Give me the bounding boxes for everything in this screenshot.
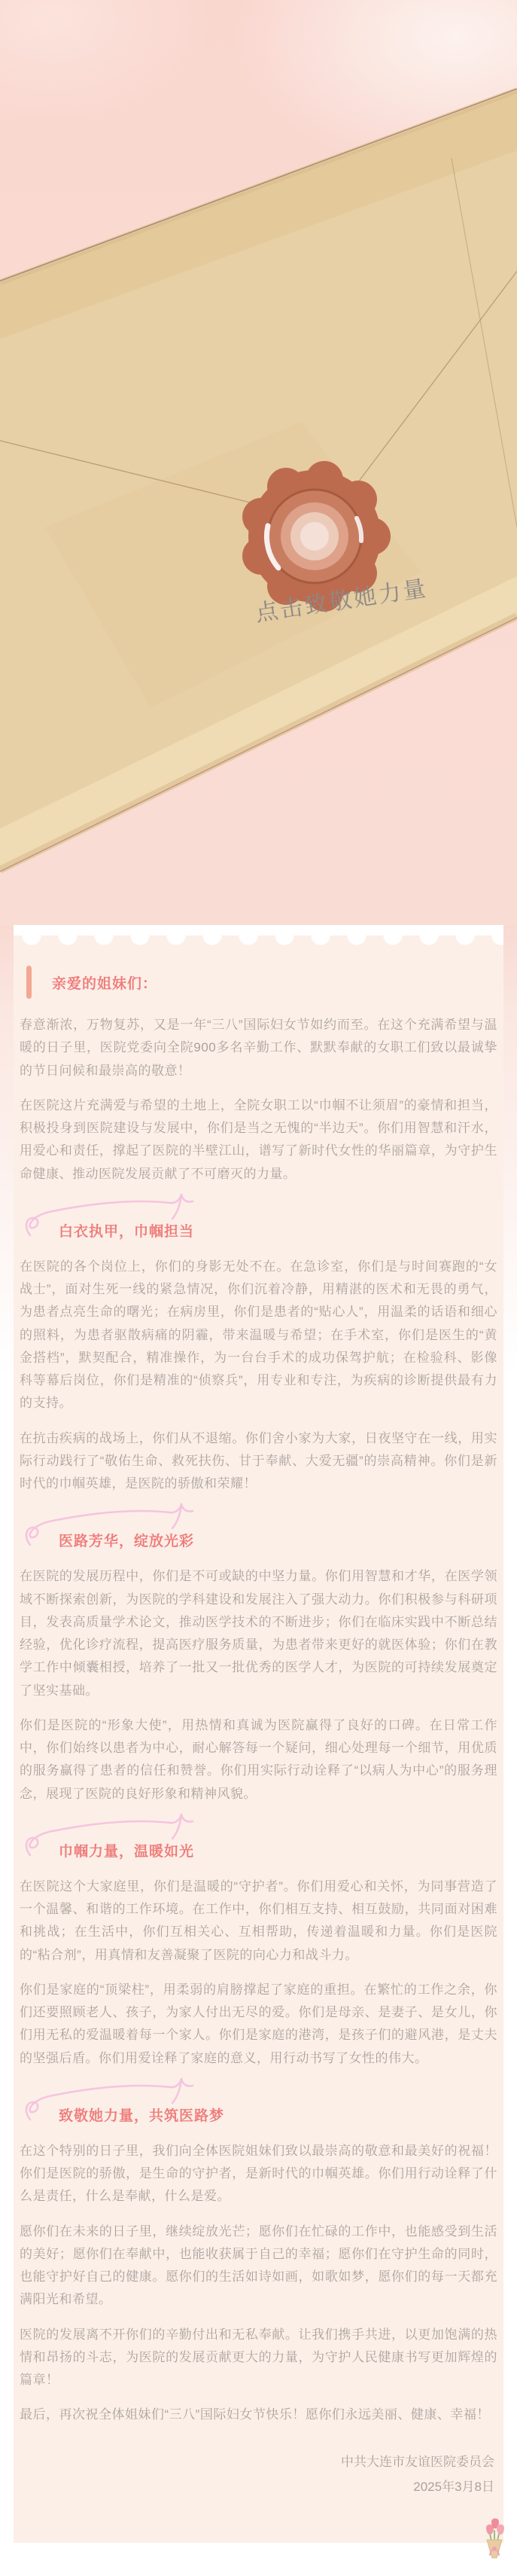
envelope-illustration — [0, 0, 517, 925]
hero-envelope-banner[interactable]: 点击致敬她力量 — [0, 0, 517, 925]
greeting-accent-bar — [26, 966, 32, 999]
letter-paragraph: 最后，再次祝全体姐妹们“三八”国际妇女节快乐！愿你们永远美丽、健康、幸福！ — [20, 2404, 497, 2426]
tulip-bouquet-icon — [481, 2511, 508, 2561]
letter-paragraph: 春意渐浓，万物复苏，又是一年“三八”国际妇女节如约而至。在这个充满希望与温暖的日… — [20, 1014, 497, 1082]
letter-paragraph: 在抗击疾病的战场上，你们从不退缩。你们舍小家为大家，日夜坚守在一线，用实际行动践… — [20, 1427, 497, 1496]
letter-paragraph: 医院的发展离不开你们的辛勤付出和无私奉献。让我们携手共进，以更加饱满的热情和昂扬… — [20, 2324, 497, 2392]
letter-paragraph: 你们是医院的“形象大使”，用热情和真诚为医院赢得了良好的口碑。在日常工作中，你们… — [20, 1714, 497, 1805]
section-heading-text: 医路芳华，绽放光彩 — [59, 1534, 194, 1549]
letter-paragraph: 愿你们在未来的日子里，继续绽放光芒；愿你们在忙碌的工作中，也能感受到生活的美好；… — [20, 2220, 497, 2312]
scallop-border — [14, 925, 503, 946]
section-heading-text: 白衣执甲，巾帼担当 — [59, 1224, 194, 1240]
letter-paragraph: 在医院这个大家庭里，你们是温暖的“守护者”。你们用爱心和关怀，为同事营造了一个温… — [20, 1876, 497, 1967]
letter-paragraph: 在医院的各个岗位上，你们的身影无处不在。在急诊室，你们是与时间赛跑的“女战士”，… — [20, 1256, 497, 1415]
section-heading-text: 巾帼力量，温暖如光 — [59, 1844, 194, 1860]
letter-paragraph: 你们是家庭的“顶梁柱”，用柔弱的肩膀撑起了家庭的重担。在繁忙的工作之余，你们还要… — [20, 1979, 497, 2070]
greeting-text: 亲爱的姐妹们： — [52, 972, 157, 993]
article-page: 点击致敬她力量 亲爱的姐妹们： 春意渐浓，万物复苏，又是一年“三八”国际妇女节如… — [0, 0, 517, 2576]
section-heading: 巾帼力量，温暖如光 — [20, 1840, 497, 1860]
section-heading-text: 致敬她力量，共筑医路梦 — [59, 2108, 224, 2124]
signature-committee: 中共大连市友谊医院委员会 — [20, 2449, 494, 2474]
section-heading: 致敬她力量，共筑医路梦 — [20, 2104, 497, 2125]
letter-paragraph: 在医院的发展历程中，你们是不可或缺的中坚力量。你们用智慧和才华，在医学领域不断探… — [20, 1565, 497, 1702]
section-heading: 医路芳华，绽放光彩 — [20, 1530, 497, 1550]
letter-greeting: 亲爱的姐妹们： — [20, 966, 497, 999]
letter-paragraph: 在医院这片充满爱与希望的土地上，全院女职工以“巾帼不让须眉”的豪情和担当，积极投… — [20, 1094, 497, 1186]
letter-signature-block: 中共大连市友谊医院委员会 2025年3月8日 — [20, 2449, 497, 2499]
signature-date: 2025年3月8日 — [20, 2474, 494, 2499]
letter-card: 亲爱的姐妹们： 春意渐浓，万物复苏，又是一年“三八”国际妇女节如约而至。在这个充… — [14, 925, 503, 2543]
letter-section: 亲爱的姐妹们： 春意渐浓，万物复苏，又是一年“三八”国际妇女节如约而至。在这个充… — [0, 925, 517, 2576]
letter-paragraph: 在这个特别的日子里，我们向全体医院姐妹们致以最崇高的敬意和最美好的祝福！你们是医… — [20, 2140, 497, 2208]
section-heading: 白衣执甲，巾帼担当 — [20, 1220, 497, 1241]
